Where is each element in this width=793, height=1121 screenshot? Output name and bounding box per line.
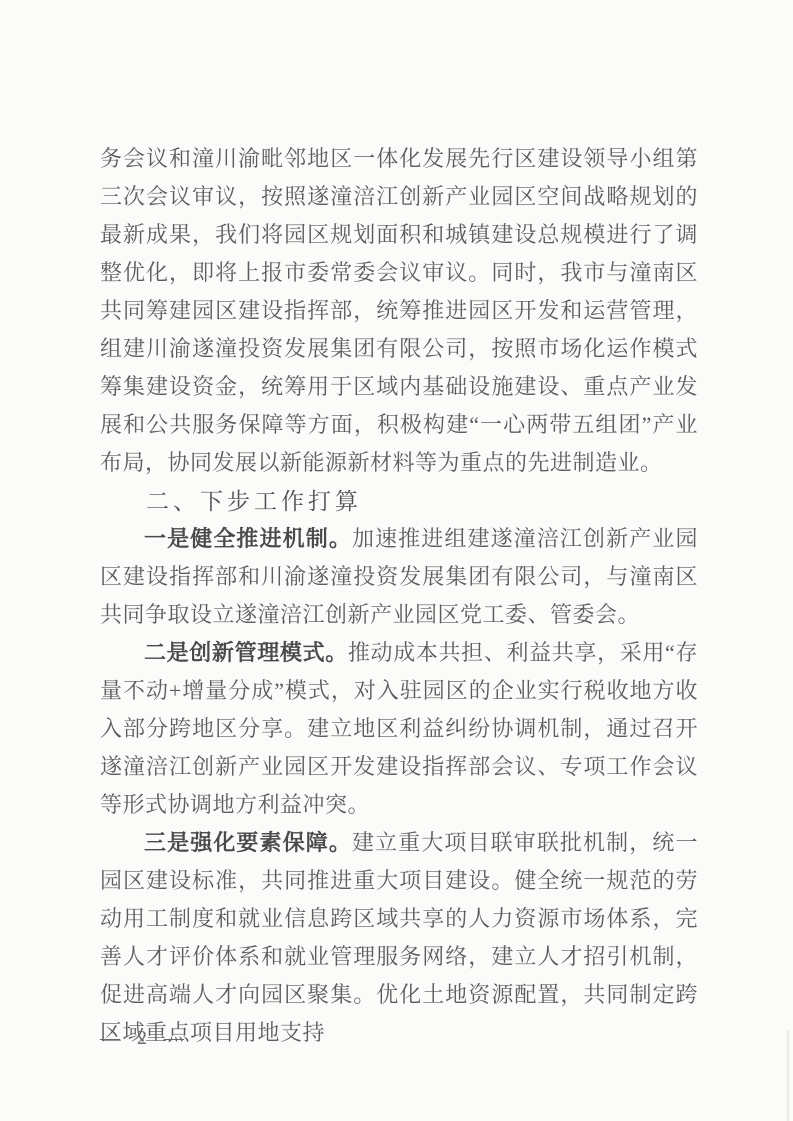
document-body: 务会议和潼川渝毗邻地区一体化发展先行区建设领导小组第三次会议审议，按照遂潼涪江创… — [100, 140, 698, 1052]
paragraph-text: 务会议和潼川渝毗邻地区一体化发展先行区建设领导小组第三次会议审议，按照遂潼涪江创… — [100, 146, 698, 475]
paragraph-item-3: 三是强化要素保障。建立重大项目联审联批机制，统一园区建设标准，共同推进重大项目建… — [100, 824, 698, 1052]
paragraph-lead: 一是健全推进机制。 — [144, 526, 352, 551]
scan-artifact-line — [787, 1030, 789, 1121]
paragraph-text: 建立重大项目联审联批机制，统一园区建设标准，共同推进重大项目建设。健全统一规范的… — [100, 830, 698, 1045]
paragraph-lead: 三是强化要素保障。 — [144, 830, 352, 855]
scanned-document-page: 务会议和潼川渝毗邻地区一体化发展先行区建设领导小组第三次会议审议，按照遂潼涪江创… — [0, 0, 793, 1121]
page-number: — 2 — — [100, 1024, 190, 1052]
paragraph-continuation: 务会议和潼川渝毗邻地区一体化发展先行区建设领导小组第三次会议审议，按照遂潼涪江创… — [100, 140, 698, 482]
paragraph-text: 推动成本共担、利益共享，采用“存量不动+增量分成”模式，对入驻园区的企业实行税收… — [100, 640, 698, 817]
paragraph-item-2: 二是创新管理模式。推动成本共担、利益共享，采用“存量不动+增量分成”模式，对入驻… — [100, 634, 698, 824]
paragraph-item-1: 一是健全推进机制。加速推进组建遂潼涪江创新产业园区建设指挥部和川渝遂潼投资发展集… — [100, 520, 698, 634]
section-heading-text: 二、下步工作打算 — [146, 488, 362, 514]
section-heading: 二、下步工作打算 — [100, 482, 698, 520]
paragraph-lead: 二是创新管理模式。 — [144, 640, 348, 665]
